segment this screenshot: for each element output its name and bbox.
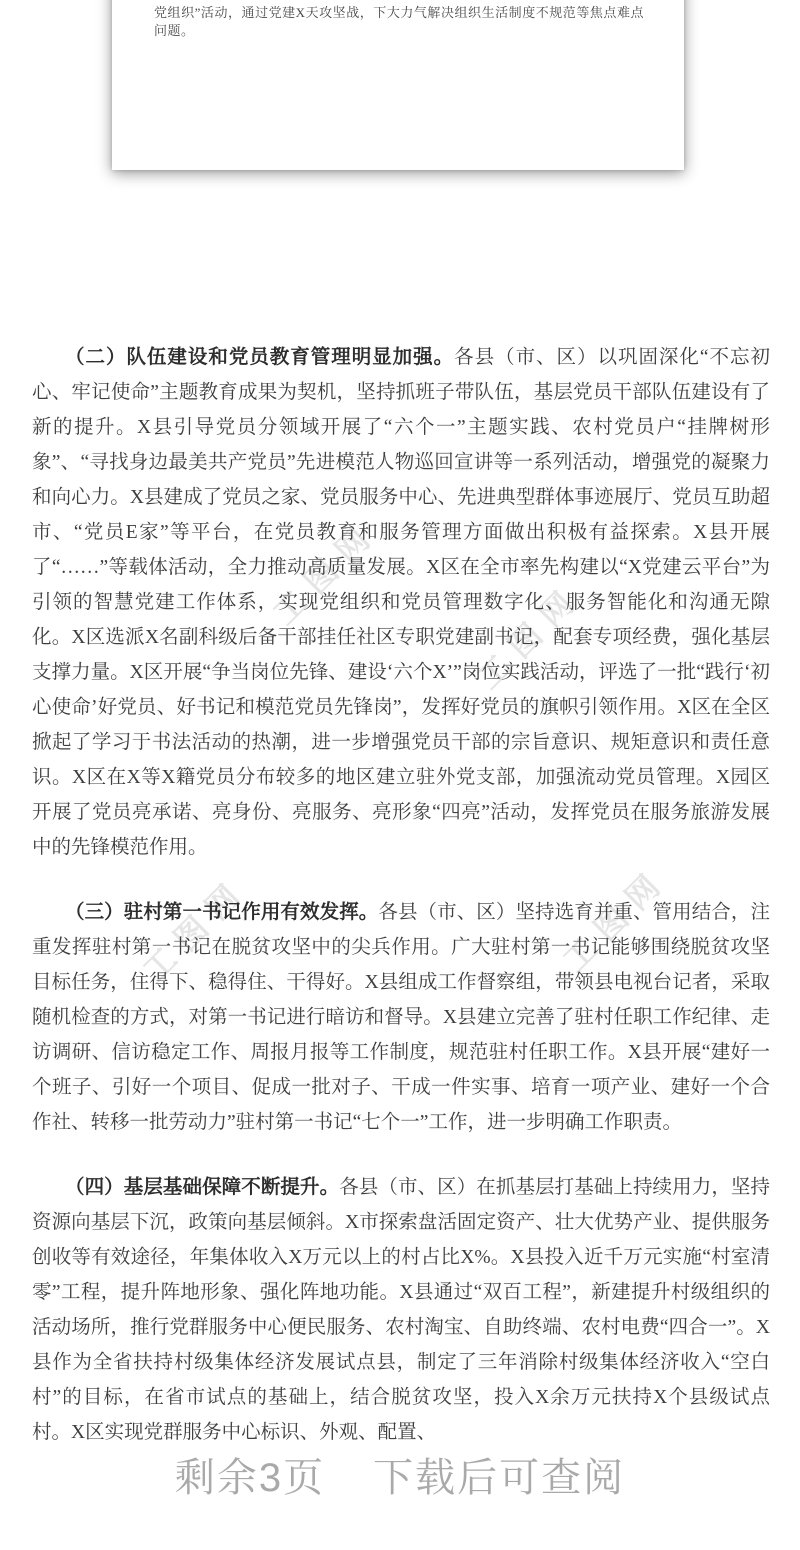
paragraph-4: （四）基层基础保障不断提升。各县（市、区）在抓基层打基础上持续用力，坚持资源向基… — [32, 1170, 770, 1450]
previous-page-tail-text: 党组织”活动，通过党建X天攻坚战，下大力气解决组织生活制度不规范等焦点难点问题。 — [154, 4, 644, 40]
paragraph-2: （二）队伍建设和党员教育管理明显加强。各县（市、区）以巩固深化“不忘初心、牢记使… — [32, 340, 770, 865]
previous-page-preview-card: 党组织”活动，通过党建X天攻坚战，下大力气解决组织生活制度不规范等焦点难点问题。 — [112, 0, 684, 170]
document-page-body: （二）队伍建设和党员教育管理明显加强。各县（市、区）以巩固深化“不忘初心、牢记使… — [32, 340, 770, 1450]
paragraph-2-text: 各县（市、区）以巩固深化“不忘初心、牢记使命”主题教育成果为契机，坚持抓班子带队… — [32, 347, 770, 858]
paragraph-4-text: 各县（市、区）在抓基层打基础上持续用力，坚持资源向基层下沉，政策向基层倾斜。X市… — [32, 1177, 770, 1443]
remaining-pages-hint: 剩余3页下载后可查阅 — [0, 1446, 800, 1503]
paragraph-3-text: 各县（市、区）坚持选育并重、管用结合，注重发挥驻村第一书记在脱贫攻坚中的尖兵作用… — [32, 902, 770, 1133]
download-to-view-hint: 下载后可查阅 — [373, 1456, 625, 1500]
paragraph-2-heading: （二）队伍建设和党员教育管理明显加强。 — [65, 347, 454, 368]
paragraph-4-heading: （四）基层基础保障不断提升。 — [65, 1177, 339, 1198]
remaining-pages-count: 剩余3页 — [175, 1456, 325, 1500]
paragraph-3-heading: （三）驻村第一书记作用有效发挥。 — [65, 902, 378, 923]
paragraph-3: （三）驻村第一书记作用有效发挥。各县（市、区）坚持选育并重、管用结合，注重发挥驻… — [32, 895, 770, 1140]
